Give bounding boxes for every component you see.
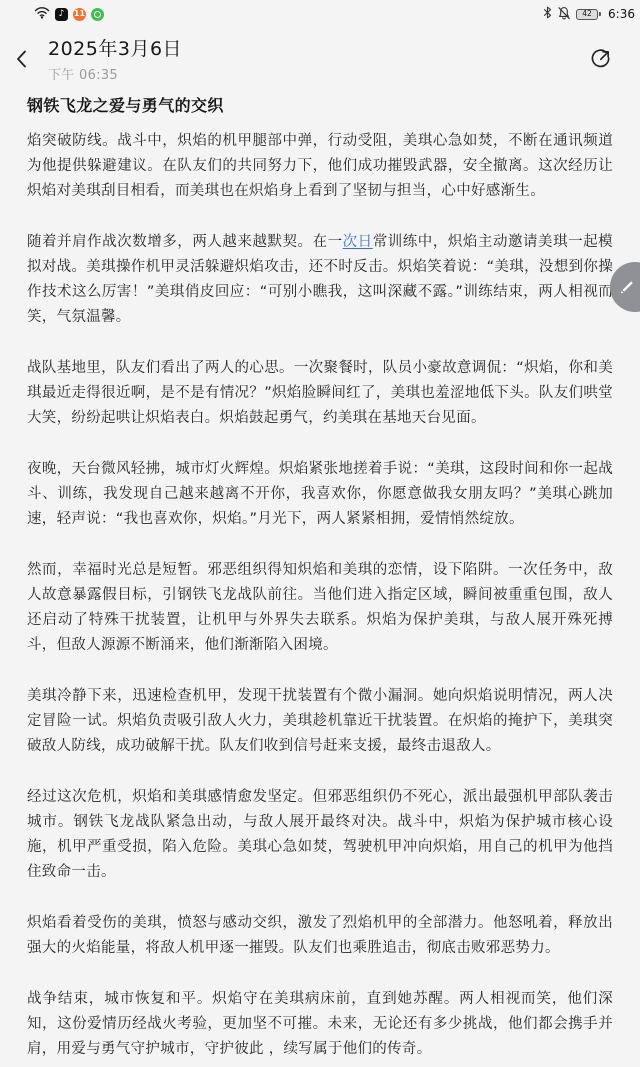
note-paragraph: 焰突破防线。战斗中，炽焰的机甲腿部中弹，行动受阻，美琪心急如焚，不断在通讯频道为… [27,129,613,204]
share-button[interactable] [588,46,614,72]
note-date: 2025年3月6日 [48,34,182,61]
back-button[interactable] [14,44,38,74]
note-header: 2025年3月6日 下午 06:35 [0,26,640,85]
note-paragraph: 战争结束，城市恢复和平。炽焰守在美琪病床前，直到她苏醒。两人相视而笑，他们深知，… [27,987,613,1062]
status-bar: ♪ 11 42 6:36 [0,0,640,26]
battery-indicator: 42 [576,9,601,20]
douyin-icon: ♪ [55,8,68,21]
note-body: 钢铁飞龙之爱与勇气的交织 焰突破防线。战斗中，炽焰的机甲腿部中弹，行动受阻，美琪… [0,85,640,1062]
note-paragraph: 夜晚，天台微风轻拂，城市灯火辉煌。炽焰紧张地搓着手说：“美琪，这段时间和你一起战… [27,457,613,532]
note-paragraph: 战队基地里，队友们看出了两人的心思。一次聚餐时，队员小豪故意调侃：“炽焰，你和美… [27,356,613,431]
bluetooth-icon [543,6,552,22]
battery-percent: 42 [576,9,598,20]
status-time: 6:36 [608,7,635,21]
wifi-icon [34,6,50,22]
green-app-icon [91,8,104,21]
pencil-icon [618,277,638,297]
chevron-left-icon [14,48,28,70]
note-paragraph: 随着并肩作战次数增多，两人越来越默契。在一次日常训练中，炽焰主动邀请美琪一起模拟… [27,230,613,330]
header-texts: 2025年3月6日 下午 06:35 [48,34,182,83]
note-title: 钢铁飞龙之爱与勇气的交织 [27,93,613,116]
notification-badge: 11 [73,8,86,21]
status-bar-right: 42 6:36 [543,6,635,23]
note-paragraph: 美琪冷静下来，迅速检查机甲，发现干扰装置有个微小漏洞。她向炽焰说明情况，两人决定… [27,684,613,759]
date-link[interactable]: 次日 [343,234,373,250]
note-paragraph: 然而，幸福时光总是短暂。邪恶组织得知炽焰和美琪的恋情，设下陷阱。一次任务中，敌人… [27,558,613,658]
note-paragraph: 炽焰看着受伤的美琪，愤怒与感动交织，激发了烈焰机甲的全部潜力。他怒吼着，释放出强… [27,911,613,961]
status-bar-left: ♪ 11 [34,6,104,22]
note-time: 下午 06:35 [48,64,182,83]
share-icon [590,48,612,70]
battery-nub [599,12,601,16]
note-paragraph: 经过这次危机，炽焰和美琪感情愈发坚定。但邪恶组织仍不死心，派出最强机甲部队袭击城… [27,785,613,885]
bell-muted-icon [557,6,571,23]
paragraph-text: 随着并肩作战次数增多，两人越来越默契。在一 [27,234,343,250]
